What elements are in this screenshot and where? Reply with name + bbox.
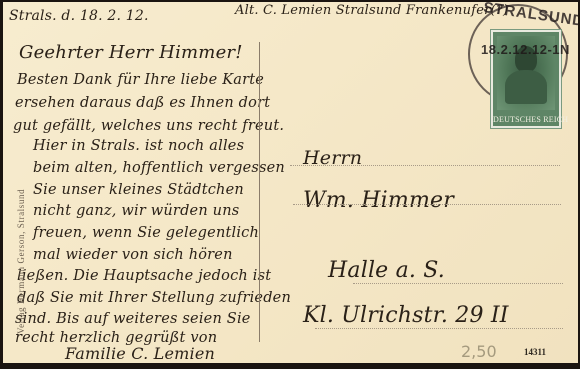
message-line: ersehen daraus daß es Ihnen dort xyxy=(15,95,270,111)
dateline: Strals. d. 18. 2. 12. xyxy=(9,8,149,24)
message-line: sind. Bis auf weiteres seien Sie xyxy=(15,311,251,327)
message-line: Sie unser kleines Städtchen xyxy=(33,182,244,198)
sender-header: Alt. C. Lemien Stralsund Frankenufer(?) xyxy=(235,3,508,18)
message-line: mal wieder von sich hören xyxy=(33,247,233,263)
signature: Familie C. Lemien xyxy=(65,344,215,363)
message-line: freuen, wenn Sie gelegentlich xyxy=(33,225,259,241)
postmark-date: 18.2.12.12-1N xyxy=(481,42,570,57)
address-dotted-line xyxy=(315,328,563,329)
message-line: daß Sie mit Ihrer Stellung zufrieden xyxy=(17,290,291,306)
message-line: nicht ganz, wir würden uns xyxy=(33,203,239,219)
card-number: 14311 xyxy=(524,347,546,357)
address-line-3: Halle a. S. xyxy=(328,258,445,283)
stamp-country-label: DEUTSCHES REICH xyxy=(493,115,559,124)
pencil-price: 2,50 xyxy=(461,342,497,361)
postcard: Alt. C. Lemien Stralsund Frankenufer(?) … xyxy=(3,2,578,363)
message-line: Besten Dank für Ihre liebe Karte xyxy=(17,72,264,88)
message-line: ließen. Die Hauptsache jedoch ist xyxy=(17,268,271,284)
address-line-2: Wm. Himmer xyxy=(303,188,454,213)
address-dotted-line xyxy=(293,204,561,205)
message-line: beim alten, hoffentlich vergessen xyxy=(33,160,285,176)
center-divider xyxy=(259,42,260,342)
germania-body-icon xyxy=(505,70,547,104)
address-line-4: Kl. Ulrichstr. 29 II xyxy=(303,303,509,328)
address-dotted-line xyxy=(353,283,563,284)
salutation: Geehrter Herr Himmer! xyxy=(19,42,243,63)
address-dotted-line xyxy=(290,165,560,166)
message-line: Hier in Strals. ist noch alles xyxy=(33,138,244,154)
message-line: gut gefällt, welches uns recht freut. xyxy=(13,118,284,134)
publisher-imprint: Verlag Hermann Gerson, Stralsund xyxy=(16,189,26,334)
